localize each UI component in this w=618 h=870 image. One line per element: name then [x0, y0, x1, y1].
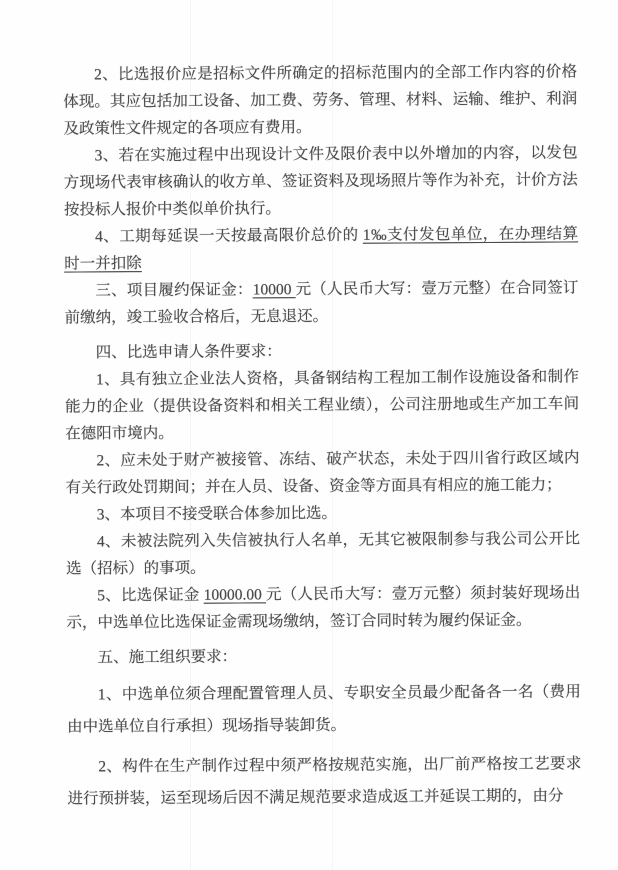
paragraph: 2、构件在生产制作过程中须严格按规范实施，出厂前严格按工艺要求进行预拼装，运至现… [67, 748, 581, 815]
paragraph: 三、项目履约保证金：10000 元（人民币大写：壹万元整）在合同签订前缴纳，竣工… [64, 274, 578, 331]
paragraph: 2、比选报价应是招标文件所确定的招标范围内的全部工作内容的价格体现。其应包括加工… [63, 58, 577, 142]
text-run: 5、比选保证金 [97, 587, 204, 605]
paragraph: 3、本项目不接受联合体参加比选。 [66, 498, 580, 528]
text-run: 3、若在实施过程中出现设计文件及限价表中以外增加的内容，以发包方现场代表审核确认… [64, 144, 578, 218]
text-run: 五、施工组织要求： [98, 649, 238, 667]
paragraph: 4、工期每延误一天按最高限价总价的 1‰支付发包单位，在办理结算时一并扣除 [64, 220, 578, 277]
document-page: 2、比选报价应是招标文件所确定的招标范围内的全部工作内容的价格体现。其应包括加工… [0, 0, 618, 870]
paragraph: 5、比选保证金 10000.00 元（人民币大写：壹万元整）须封装好现场出示，中… [66, 579, 580, 636]
text-run: 2、应未处于财产被接管、冻结、破产状态，未处于四川省行政区域内有关行政处罚期间；… [66, 449, 580, 496]
text-run: 4、未被法院列入失信被执行人名单，无其它被限制参与我公司公开比选（招标）的事项。 [66, 530, 580, 577]
text-run: 四、比选申请人条件要求： [96, 343, 282, 361]
text-run: 三、项目履约保证金： [95, 281, 252, 299]
paragraph: 1、中选单位须合理配置管理人员、专职安全员最少配备各一名（费用由中选单位自行承担… [67, 676, 581, 743]
document-body: 2、比选报价应是招标文件所确定的招标范围内的全部工作内容的价格体现。其应包括加工… [63, 58, 582, 815]
underlined-text: 10000 [253, 281, 296, 298]
text-run: 3、本项目不接受联合体参加比选。 [97, 505, 337, 523]
text-run: 2、比选报价应是招标文件所确定的招标范围内的全部工作内容的价格体现。其应包括加工… [63, 63, 577, 137]
underlined-text: 10000.00 [204, 586, 266, 603]
paragraph: 2、应未处于财产被接管、冻结、破产状态，未处于四川省行政区域内有关行政处罚期间；… [65, 444, 579, 501]
text-run: 1、具有独立企业法人资格，具备钢结构工程加工制作设施设备和制作能力的企业（提供设… [65, 368, 579, 442]
text-run: 2、构件在生产制作过程中须严格按规范实施，出厂前严格按工艺要求进行预拼装，运至现… [67, 755, 581, 807]
paragraph: 四、比选申请人条件要求： [65, 336, 579, 366]
text-run: 1、中选单位须合理配置管理人员、专职安全员最少配备各一名（费用由中选单位自行承担… [67, 683, 581, 735]
paragraph: 4、未被法院列入失信被执行人名单，无其它被限制参与我公司公开比选（招标）的事项。 [66, 525, 580, 582]
text-run: 4、工期每延误一天按最高限价总价的 [95, 227, 363, 246]
paragraph: 1、具有独立企业法人资格，具备钢结构工程加工制作设施设备和制作能力的企业（提供设… [65, 363, 579, 447]
paragraph: 五、施工组织要求： [67, 641, 581, 671]
paragraph: 3、若在实施过程中出现设计文件及限价表中以外增加的内容，以发包方现场代表审核确认… [63, 139, 577, 223]
